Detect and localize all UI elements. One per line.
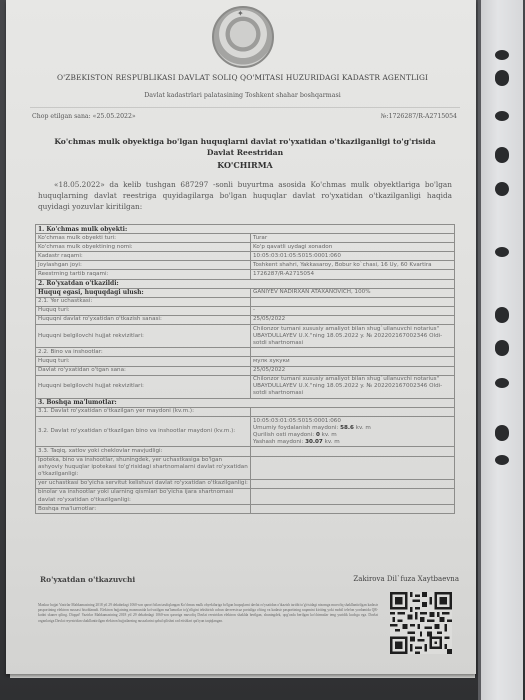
table-row: Huquq turi: - — [36, 306, 455, 315]
table-row: Davlat ro'yxatidan o'tgan sana: 25/05/20… — [36, 366, 455, 375]
table-row: Huquq turi: мулк хукуки — [36, 357, 455, 366]
legal-notice: Mazkur hujjat Vazirlar Mahkamasining 201… — [38, 603, 378, 624]
table-row: Ipoteka, bino va inshootlar, shuningdek,… — [36, 456, 455, 479]
section-header: 3. Boshqa ma'lumotlar: — [36, 398, 455, 407]
table-row: Ko'chmas mulk obyekti turi: Turar — [36, 234, 455, 243]
table-row: Joylashgan joyi: Toshkent shahri, Yakkas… — [36, 261, 455, 270]
section-header: 1. Ko'chmas mulk obyekti: — [36, 225, 455, 234]
registrar-name: Zakirova Dil`fuza Xaytbaevna — [353, 575, 459, 583]
table-row: yer uchastkasi bo'yicha servitut kelishu… — [36, 479, 455, 488]
owner-row: Huquq egasi, huquqdagi ulush: GANIYEV NA… — [36, 288, 455, 297]
table-row: Huquqni belgilovchi hujjat rekvizitlari:… — [36, 375, 455, 398]
table-row: Ko'chmas mulk obyektining nomi: Ko'p qav… — [36, 243, 455, 252]
subsection-row: 2.1. Yer uchastkasi: — [36, 297, 455, 306]
table-row: Boshqa ma'lumotlar: — [36, 505, 455, 514]
total-area: Umumiy foydalanish maydoni: 58.6 kv. m — [253, 425, 452, 432]
document-title: Ko'chmas mulk obyektiga bo'lgan huquqlar… — [40, 136, 450, 158]
agency-name: O'ZBEKISTON RESPUBLIKASI DAVLAT SOLIQ QO… — [20, 73, 465, 82]
document-subtitle: KO'CHIRMA — [40, 160, 450, 170]
registry-table: 1. Ko'chmas mulk obyekti: Ko'chmas mulk … — [35, 224, 455, 514]
area-cadastre: 10:05:03:01:05:5015:0001:060 — [253, 418, 452, 425]
footprint-area: Qurilish osti maydoni: 0 kv. m — [253, 432, 452, 439]
registrar-label: Ro'yxatdan o'tkazuvchi — [40, 575, 135, 584]
registry-number: №:1726287/R-A2715054 — [381, 113, 457, 120]
table-row: Huquqni davlat ro'yxatidan o'tkazish san… — [36, 315, 455, 324]
intro-paragraph: «18.05.2022» da kelib tushgan 687297 -so… — [38, 179, 452, 212]
table-row: Reestrning tartib raqami: 1726287/R-A271… — [36, 270, 455, 279]
table-row: Huquqni belgilovchi hujjat rekvizitlari:… — [36, 325, 455, 348]
section-header: 2. Ro'yxatdan o'tkazildi: — [36, 279, 455, 288]
table-row: Kadastr raqami: 10:05:03:01:05:5015:0001… — [36, 252, 455, 261]
plastic-sleeve — [478, 0, 523, 700]
subsection-row: 3.3. Taqiq, xatlov yoki cheklovlar mavju… — [36, 447, 455, 456]
star-icon: ✦ — [237, 9, 244, 18]
building-area-row: 3.2. Davlat ro'yxatidan o'tkazilgan bino… — [36, 417, 455, 447]
department-name: Davlat kadastrlari palatasining Toshkent… — [20, 92, 465, 99]
living-area: Yashash maydoni: 30.07 kv. m — [253, 439, 452, 446]
qr-code-icon[interactable] — [390, 592, 452, 654]
table-row: binolar va inshootlar yoki ularning qism… — [36, 488, 455, 504]
divider — [30, 107, 460, 108]
subsection-row: 2.2. Bino va inshootlar: — [36, 348, 455, 357]
print-date: Chop etilgan sana: «25.05.2022» — [32, 113, 136, 120]
table-row: 3.1. Davlat ro'yxatidan o'tkazilgan yer … — [36, 407, 455, 416]
